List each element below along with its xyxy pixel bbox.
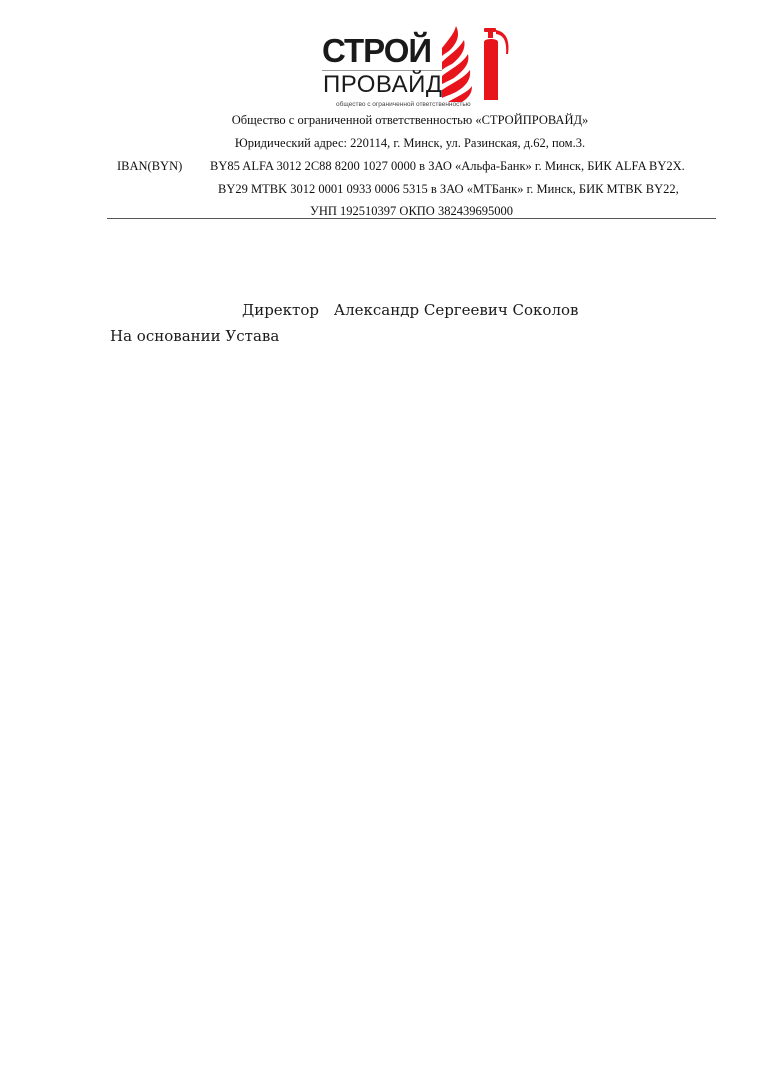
letterhead-page: СТРОЙ ПРОВАЙД общество с ограниченной от…	[0, 0, 768, 1086]
signatory-position: Директор	[242, 301, 319, 319]
legal-address: Юридический адрес: 220114, г. Минск, ул.…	[0, 136, 768, 151]
header-divider	[107, 218, 716, 219]
authority-basis: На основании Устава	[110, 327, 279, 345]
iban-alfa-bank: BY85 ALFA 3012 2C88 8200 1027 0000 в ЗАО…	[210, 159, 685, 174]
fire-extinguisher-icon	[484, 28, 509, 100]
logo-subtitle: общество с ограниченной ответственностью	[336, 101, 471, 108]
company-logo: СТРОЙ ПРОВАЙД общество с ограниченной от…	[318, 26, 513, 112]
iban-mtbank: BY29 MTBK 3012 0001 0933 0006 5315 в ЗАО…	[218, 182, 679, 197]
logo-word-provaid: ПРОВАЙД	[323, 72, 443, 98]
flame-icon	[442, 26, 472, 102]
logo-graphic	[440, 26, 512, 102]
signatory-name: Александр Сергеевич Соколов	[334, 301, 579, 319]
signatory-line: Директор Александр Сергеевич Соколов	[242, 301, 578, 319]
company-full-name: Общество с ограниченной ответственностью…	[0, 113, 768, 128]
logo-word-stroy: СТРОЙ	[322, 34, 431, 67]
registration-codes: УНП 192510397 ОКПО 382439695000	[0, 204, 768, 219]
iban-label: IBAN(BYN)	[117, 159, 182, 174]
